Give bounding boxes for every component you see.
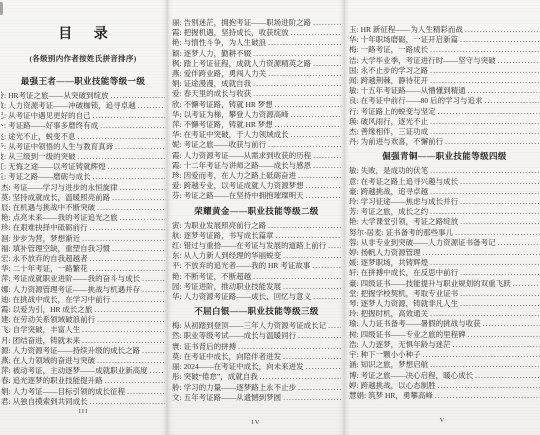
dot-leader: ........................................… [313,59,341,69]
author-name: 意: [349,177,359,187]
author-name: 梅: [172,321,182,331]
author-name: 源: [1,346,11,356]
toc-entry: 寰:证书背后的拼搏...............................… [172,342,341,352]
dot-leader: ........................................… [90,223,165,233]
toc-entry: 丹:为前进与欢喜，不懈前行...........................… [349,137,540,147]
toc-entry: 娟:证途漫漫，成就自我.............................… [172,79,341,89]
author-name: 霞: [1,305,11,315]
toc-entry: 豪:跨越挑战，追寻卓越.............................… [349,187,540,197]
author-name: 萍: [1,274,11,284]
dot-leader: ........................................… [430,117,540,127]
author-name: 枫: [172,59,182,69]
dot-leader: ........................................… [253,272,341,282]
entry-title: 从人力新人到经理的华丽蜕变 [184,251,282,261]
dot-leader: ........................................… [430,309,540,319]
author-name: 洁: [349,56,359,66]
entry-title: 在艰难抉择中砥砺前行 [13,223,88,233]
entry-title: 学习征途——焦虑与成长并行 [361,197,459,207]
dot-leader: ........................................… [142,285,165,295]
entry-title: 失败，是成功的伏笔 [361,166,429,176]
entry-title: 人力资源考证——从需求到收获的历程 [184,151,312,161]
author-name: 行: [349,107,359,117]
dot-leader: ........................................… [142,346,165,356]
author-name: 卜: [1,121,6,131]
toc-entry: 君:从独自摸索到共同成长............................… [1,397,165,407]
author-name: 春: [1,376,11,386]
toc-entry: 博:考证之旅——决心启程，暖心成长.......................… [349,371,540,381]
entry-title: 十年职场磨砺，一证开启新篇 [361,35,459,45]
author-name: 丽: [172,18,182,28]
author-name: 艳: [172,38,182,48]
entry-title: 途光不止，蜕变不息 [8,132,76,142]
author-name: 婷: [349,381,359,391]
toc-entry: 杰:善缘相伴，三证功成.............................… [349,127,540,137]
entry-title: 考证之旅——决心启程，暖心成长 [361,371,474,381]
author-name: 芬: [172,191,182,201]
dot-leader: ........................................… [127,387,165,397]
dot-leader: ........................................… [291,130,341,140]
entry-title: 永不止步的学习之路 [361,66,429,76]
author-name: 然: [172,331,182,341]
entry-title: 考证成就职业进阶——我的奋斗与成长 [13,274,141,284]
toc-entry: 蓉:从非专业到突破——人力资源证书备考记....................… [349,238,540,248]
dot-leader: ........................................… [97,356,165,366]
toc-entry: 艳:不断考证，不断超越.............................… [172,272,341,282]
author-name: 敏: [1,101,6,111]
dot-leader: ........................................… [460,268,540,278]
toc-entry: 燕:爱伴跨业路，勇闯人力关...........................… [172,69,341,79]
toc-entry: 卜:考证路——好事多磨终有成..........................… [1,121,165,131]
entry-title: 点亮未来——我的考证追光之旅 [13,213,118,223]
entry-title: 考证之路——在坚持中拥抱璀璨明天 [184,191,304,201]
toc-entry: 涵:知识之旅，梦想启航.............................… [349,360,540,370]
toc-entry: 飞:途光不止，蜕变不息.............................… [1,132,165,142]
author-name: 玲: [1,91,6,101]
entry-title: 从非专业到突破——人力资源证书备考记 [361,238,496,248]
entry-title: 因爱而考，在人力之路上砥砺奋进 [184,171,297,181]
author-name: 良: [349,96,359,106]
toc-entry: 己:从考证中遇见更好的自己...........................… [1,111,165,121]
author-name: 华: [1,264,11,274]
entry-title: 大学毕业季，考证进行时——坚守与突破 [361,56,496,66]
dot-leader: ........................................… [430,76,540,86]
entry-title: 为前进与欢喜，不懈前行 [361,137,444,147]
toc-entry: 枫:踏上考证征程，成就人力资源精英之路.....................… [172,59,341,69]
dot-leader: ........................................… [268,140,341,150]
author-name: 琴: [349,299,359,309]
author-name: 丽: [172,362,182,372]
author-name: 欣: [172,100,182,110]
author-name: 玲: [349,309,359,319]
author-name: 芳: [349,207,359,217]
entry-title: 在考证中前行——80 后的学习与追求 [361,96,483,106]
author-name: 红: [1,162,6,172]
dot-leader: ........................................… [78,152,165,162]
entry-title: 跨越专业，以考证成就人力资源梦想 [184,181,304,191]
toc-entry: 辰:在机遇与挑战中不断突破...........................… [1,203,165,213]
entry-title: 在劳动关系领域破浪前行 [13,315,96,325]
toc-entry: 丽:2024——在考证中成长，向未来进发....................… [172,362,341,372]
entry-title: 以爱为引，HR 成长之旅 [13,305,93,315]
dot-leader: ........................................… [275,120,341,130]
toc-entry: 玲:学习征途——焦虑与成长并行.........................… [349,197,540,207]
dot-leader: ........................................… [484,96,540,106]
author-name: 飞: [1,325,11,335]
dot-leader: ........................................… [120,183,165,193]
clipped-author-glyph: 玉 [1,172,4,182]
entry-title: 在考证中突破，于人力领域成长 [184,130,289,140]
dot-leader: ........................................… [455,228,540,238]
toc-entry: 杰:考证——学习与进步的永恒旋律........................… [1,183,165,193]
author-name: 浩: [349,340,359,350]
dot-leader: ........................................… [93,172,165,182]
toc-entry: 轩:在拼搏中成长，在反思中前行.........................… [349,268,540,278]
author-name: 杰: [349,127,359,137]
author-name: 福: [1,244,11,254]
toc-entry: 芳:考证之旅，成长之约.............................… [349,207,540,217]
toc-entry: 妮:考证之旅——收获与前行...........................… [172,140,341,150]
author-name: 梅: [349,45,359,55]
author-name: 予: [1,142,6,152]
author-name: 堂: [349,289,359,299]
toc-entry: 浩:人力逐梦，无惧年龄与迷茫..........................… [349,340,540,350]
toc-entry: 芬:考证之路——在坚持中拥抱璀璨明天......................… [172,191,341,201]
entry-title: 在拼搏中成长，在反思中前行 [361,268,459,278]
entry-title: 逐梦人力资源，铸就非凡人生 [361,299,459,309]
toc-entry: 华:以考证为梯，攀登人力资源高峰........................… [172,110,341,120]
author-name: 华: [172,130,182,140]
toc-page-4: 丽:告别迷茫，拥抱考证——职场进阶之路.....................… [167,0,344,435]
entry-title: 学习的力量——逐梦路上永不止步 [184,383,297,393]
author-name: 莫: [1,193,11,203]
toc-entry: 霞:人力资源考证——从需求到收获的历程.....................… [172,151,341,161]
toc-entry: 华:人力资源考证路——成长、回忆与意义.....................… [172,292,341,302]
entry-title: 十五年考证路——从懵懂到精通 [361,86,466,96]
author-name: 丹: [349,137,359,147]
author-name: 平: [172,261,182,271]
author-name: 国: [349,66,359,76]
author-name: 杰: [1,183,11,193]
dot-leader: ........................................… [94,305,165,315]
toc-entries-page-5: 玉:HR 新征程——为人生精彩而战.......................… [349,25,540,401]
toc-entry: 月:团结奋进，铸就未来.............................… [1,336,165,346]
entry-title: 爱伴跨业路，勇闯人力关 [184,69,267,79]
entry-title: 把握时机，高效通关 [361,309,429,319]
entry-title: 考证之路——磨砺与成长 [8,172,91,182]
dot-leader: ........................................… [82,234,165,244]
author-name: 颖: [172,49,182,59]
dot-leader: ........................................… [142,274,165,284]
author-name: 君: [1,397,11,407]
toc-entry: 慧娟:筑梦 HR，勇攀高峰...........................… [349,391,540,401]
toc-entry: 良:在考证中前行——80 后的学习与追求....................… [349,96,540,106]
entry-title: 证书备考的那些事儿 [386,228,454,238]
entry-title: 逐梦人力，勤耕不辍 [184,49,252,59]
entry-title: 大学课堂引领，考证之路绽放 [361,217,459,227]
toc-subtitle: (各级别内作者按姓氏拼音排序) [1,53,165,64]
author-name: 努尔·居麦: [349,228,384,238]
entry-title: 在挑战中成长，在学习中前行 [13,295,111,305]
entry-title: 坚持成就成长，温暖照亮前路 [13,193,111,203]
author-name: 敏: [349,166,359,176]
author-name: 舲: [172,383,182,393]
entry-title: 不放弃的追光者——我的 HR 考证故事 [184,261,311,271]
dot-leader: ........................................… [112,193,165,203]
entry-title: 人力资源考证——持续升级的成长之路 [13,346,141,356]
toc-entry: 行:考证路上的蜕变与坚定............................… [349,107,540,117]
dot-leader: ........................................… [275,100,341,110]
toc-entry: 敏:人力资源考证——冲破枷锁，追寻卓越.....................… [1,101,165,111]
entry-title: 证书背后的拼搏 [184,342,237,352]
author-name: 娟: [1,387,11,397]
entry-title: 职业等级考试——成长与温暖同行 [184,331,297,341]
dot-leader: ........................................… [435,391,540,401]
section-header: 荣耀黄金——职业技能等级二级 [172,206,341,217]
dot-leader: ........................................… [475,371,540,381]
dot-leader: ........................................… [238,342,341,352]
clipped-author-glyph: 玲 [1,91,4,101]
author-name: 洄: [1,234,11,244]
entry-title: 2024——在考证中成长，向未来进发 [184,362,304,372]
dot-leader: ........................................… [460,35,540,45]
toc-entries-page-3: 最强王者——职业技能等级一级玲:HR考证之旅——从突破到绽放..........… [1,76,165,407]
dot-leader: ........................................… [283,352,341,362]
entry-title: 从独自摸索到共同成长 [13,397,88,407]
author-name: 华: [172,292,182,302]
author-name: 波: [1,152,6,162]
toc-entry: 爱:春天里的成长与收获.............................… [172,89,341,99]
toc-entry: 梅:一路考证，一路成长.............................… [349,45,540,55]
author-name: 霞: [172,161,182,171]
dot-leader: ........................................… [78,132,165,142]
author-name: 瑛: [349,117,359,127]
entry-title: 不懈考证路，铸就 HR 梦想 [184,120,273,130]
entry-title: 不懈考证路，铸就 HR 梦想 [184,100,273,110]
dot-leader: ........................................… [306,191,341,201]
dot-leader: ........................................… [253,79,341,89]
toc-entry: 寅:为职业发展照亮前行之路...........................… [172,221,341,231]
dot-leader: ........................................… [313,18,341,28]
entry-title: 在考证中成长，向陪伴者进发 [184,352,282,362]
page-title: 目 录 [1,23,165,43]
entry-title: 错过与重拾——在考证与发展的道路上前行 [184,241,327,251]
author-name: 航: [172,231,182,241]
clipped-author-glyph: 敏 [1,101,4,111]
toc-entry: 予:从考证中领悟的人生与教育真谛........................… [1,142,165,152]
dot-leader: ........................................… [460,177,540,187]
entry-title: 种下一颗小小种子 [361,350,421,360]
dot-leader: ........................................… [468,86,540,96]
author-name: 娜: [1,285,11,295]
entry-title: HR考证之旅——从突破到绽放 [8,91,108,101]
author-name: 媛: [349,258,359,268]
dot-leader: ........................................… [283,393,341,403]
entry-title: 不断考证，不断超越 [184,272,252,282]
clipped-author-glyph: 红 [1,162,4,172]
author-name: 艳: [349,217,359,227]
dot-leader: ........................................… [430,127,540,137]
entry-title: 跨越荆棘，静待花开 [361,76,429,86]
author-name: 涵: [349,360,359,370]
author-name: 闻: [349,76,359,86]
dot-leader: ........................................… [460,217,540,227]
dot-leader: ........................................… [115,142,165,152]
dot-leader: ........................................… [313,151,341,161]
section-header: 不屈白银——职业技能等级三级 [172,306,341,317]
entry-title: 与惰性斗争，为人生破浪 [184,38,267,48]
entry-title: 从三级到一级的突破 [8,152,76,162]
author-name: 红: [172,241,182,251]
entry-title: 跨越挑战，追寻卓越 [361,187,429,197]
author-name: 敏: [349,86,359,96]
toc-entry: 霞:以爱为引，HR 成长之旅..........................… [1,305,165,315]
toc-entry: 婷:扬帆人力资源管理..............................… [349,248,540,258]
toc-entry: 爱:跨越专业，以考证成就人力资源梦想......................… [172,181,341,191]
author-name: 轩: [349,268,359,278]
dot-leader: ........................................… [468,330,540,340]
dot-leader: ........................................… [298,171,341,181]
entry-title: 筑梦 HR，勇攀高峰 [368,391,433,401]
toc-entry: 宏:永不放弃的自我超越者............................… [1,254,165,264]
author-name: 霞: [172,28,182,38]
entry-title: 四级证书——技能提升与职业规划的双重飞跃 [361,279,511,289]
entry-title: 四级证书——专业之旅的里程碑 [361,330,466,340]
author-name: 萍: [172,120,182,130]
dot-leader: ........................................… [283,282,341,292]
author-name: 慧娟: [349,391,366,401]
dot-leader: ........................................… [465,25,540,35]
dot-leader: ........................................… [306,181,341,191]
author-name: 己: [1,111,6,121]
dot-leader: ........................................… [328,321,341,331]
entry-title: 春天里的成长与收获 [184,89,252,99]
dot-leader: ........................................… [253,49,341,59]
dot-leader: ........................................… [298,383,341,393]
dot-leader: ........................................… [306,362,341,372]
entry-title: 考证之旅，成长之约 [361,207,429,217]
toc-entry: 文:五年考证路——从遗憾到梦圆.........................… [172,393,341,403]
dot-leader: ........................................… [513,279,540,289]
dot-leader: ........................................… [93,111,165,121]
entry-title: 人力资源管理考证——挑战与机遇并存 [13,285,141,295]
scanned-toc-spread: 目 录 (各级别内作者按姓氏拼音排序) 最强王者——职业技能等级一级玲:HR考证… [0,0,540,435]
toc-entry: 然:职业等级考试——成长与温暖同行.......................… [172,331,341,341]
toc-entry: 国:永不止步的学习之路.............................… [349,66,540,76]
toc-entry: 迪:在挑战中成长，在学习中前行.........................… [1,295,165,305]
author-name: 珍: [172,171,182,181]
author-name: 艳: [172,272,182,282]
entry-title: 考证路——好事多磨终有成 [8,121,98,131]
toc-entry: 玲:HR考证之旅——从突破到绽放........................… [1,91,165,101]
toc-entry: 玉:HR 新征程——为人生精彩而战.......................… [349,25,540,35]
toc-entry: 娜:人力资源管理考证——挑战与机遇并存.....................… [1,285,165,295]
entry-title: 一路考证，一路成长 [361,45,429,55]
author-name: 玲: [349,197,359,207]
dot-leader: ........................................… [445,137,540,147]
entry-title: 善缘相伴，三证功成 [361,127,429,137]
dot-leader: ........................................… [430,207,540,217]
dot-leader: ........................................… [138,101,165,111]
entry-title: 把握学校契机，考取专业证书 [361,289,459,299]
toc-entry: 舲:学习的力量——逐梦路上永不止步.......................… [172,383,341,393]
dot-leader: ........................................… [108,162,165,172]
author-name: 博: [349,371,359,381]
entry-title: 考证之旅——收获与前行 [184,140,267,150]
dot-leader: ........................................… [268,38,341,48]
dot-leader: ........................................… [430,187,540,197]
toc-entry: 琴:逐梦人力资源，铸就非凡人生.........................… [349,299,540,309]
dot-leader: ........................................… [298,331,341,341]
dot-leader: ........................................… [150,366,165,376]
entry-title: 追光逐梦的职业技能提升路 [13,376,103,386]
author-name: 婷: [349,248,359,258]
author-name: 东: [172,251,182,261]
toc-entry: 燕:在人力领域的奋进与突破...........................… [1,356,165,366]
toc-entry: 敏:十五年考证路——从懵懂到精通........................… [349,86,540,96]
toc-entry: 霞:把握机遇，坚持成长，收获绽放........................… [172,28,341,38]
entry-title: 人力资源考证——冲破枷锁，追寻卓越 [8,101,136,111]
toc-entry: 宇:种下一颗小小种子..............................… [349,350,540,360]
entry-title: 考证进阶，推动职业技能发展 [184,282,282,292]
author-name: 豪: [349,279,359,289]
toc-entry: 萍:不懈考证路，铸就 HR 梦想........................… [172,120,341,130]
toc-entry: 萍:被动考证，主动逐梦——成就职业新高度....................… [1,366,165,376]
toc-entry: 源:人力资源考证——持续升级的成长之路.....................… [1,346,165,356]
toc-entry: 玲:把握时机，高效通关.............................… [349,309,540,319]
entry-title: 无悔之途——以考证铸就辉煌 [8,162,106,172]
entry-title: 永不放弃的自我超越者 [13,254,88,264]
dot-leader: ........................................… [453,340,540,350]
author-name: 妮: [172,140,182,150]
toc-entry: 欣:不懈考证路，铸就 HR 梦想........................… [172,100,341,110]
author-name: 爱: [172,89,182,99]
dot-leader: ........................................… [100,121,165,131]
entry-title: 突破“倦怠”，成就自我 [184,372,258,382]
toc-entry: 洄:步步为营，梦想渐近.............................… [1,234,165,244]
entry-title: 十二年考证与讲师之路——成长与感恩 [184,161,312,171]
toc-entry: 闻:跨越荆棘，静待花开.............................… [349,76,540,86]
section-header: 最强王者——职业技能等级一级 [1,76,165,87]
author-name: 飞: [1,132,6,142]
dot-leader: ........................................… [430,258,540,268]
author-name: 寰: [172,342,182,352]
entry-title: 被动考证，主动逐梦——成就职业新高度 [13,366,148,376]
dot-leader: ........................................… [430,45,540,55]
entry-title: 逐梦考证路，书写成长篇章 [184,231,274,241]
dot-leader: ........................................… [97,315,165,325]
author-name: 莫: [172,352,182,362]
toc-entry: 努尔·居麦:证书备考的那些事儿.........................… [349,228,540,238]
clipped-author-glyph: 卜 [1,121,4,131]
author-name: 寅: [172,221,182,231]
page-number: V [345,417,540,424]
page-number: IV [168,419,344,426]
entry-title: 团结奋进，铸就未来 [13,336,81,346]
toc-entry: 豪:四级证书——技能提升与职业规划的双重飞跃..................… [349,279,540,289]
toc-entry: 树:四级证书——专业之旅的里程碑........................… [349,330,540,340]
toc-entry: 飞:自学突破，丰富人生.............................… [1,325,165,335]
dot-leader: ........................................… [430,360,540,370]
toc-entry: 瑜:人力证书备考——暑假的挑战与收获......................… [349,319,540,329]
toc-entry: 瑛:破风雨行，逐光不止.............................… [349,117,540,127]
clipped-author-glyph: 予 [1,142,4,152]
dot-leader: ........................................… [438,107,540,117]
toc-entry: 艳:大学课堂引领，考证之路绽放.........................… [349,217,540,227]
toc-entry: 莫:在考证中成长，向陪伴者进发.........................… [172,352,341,362]
entry-title: 破风雨行，逐光不止 [361,117,429,127]
toc-entry: 堂:把握学校契机，考取专业证书.........................… [349,289,540,299]
author-name: 月: [1,336,11,346]
